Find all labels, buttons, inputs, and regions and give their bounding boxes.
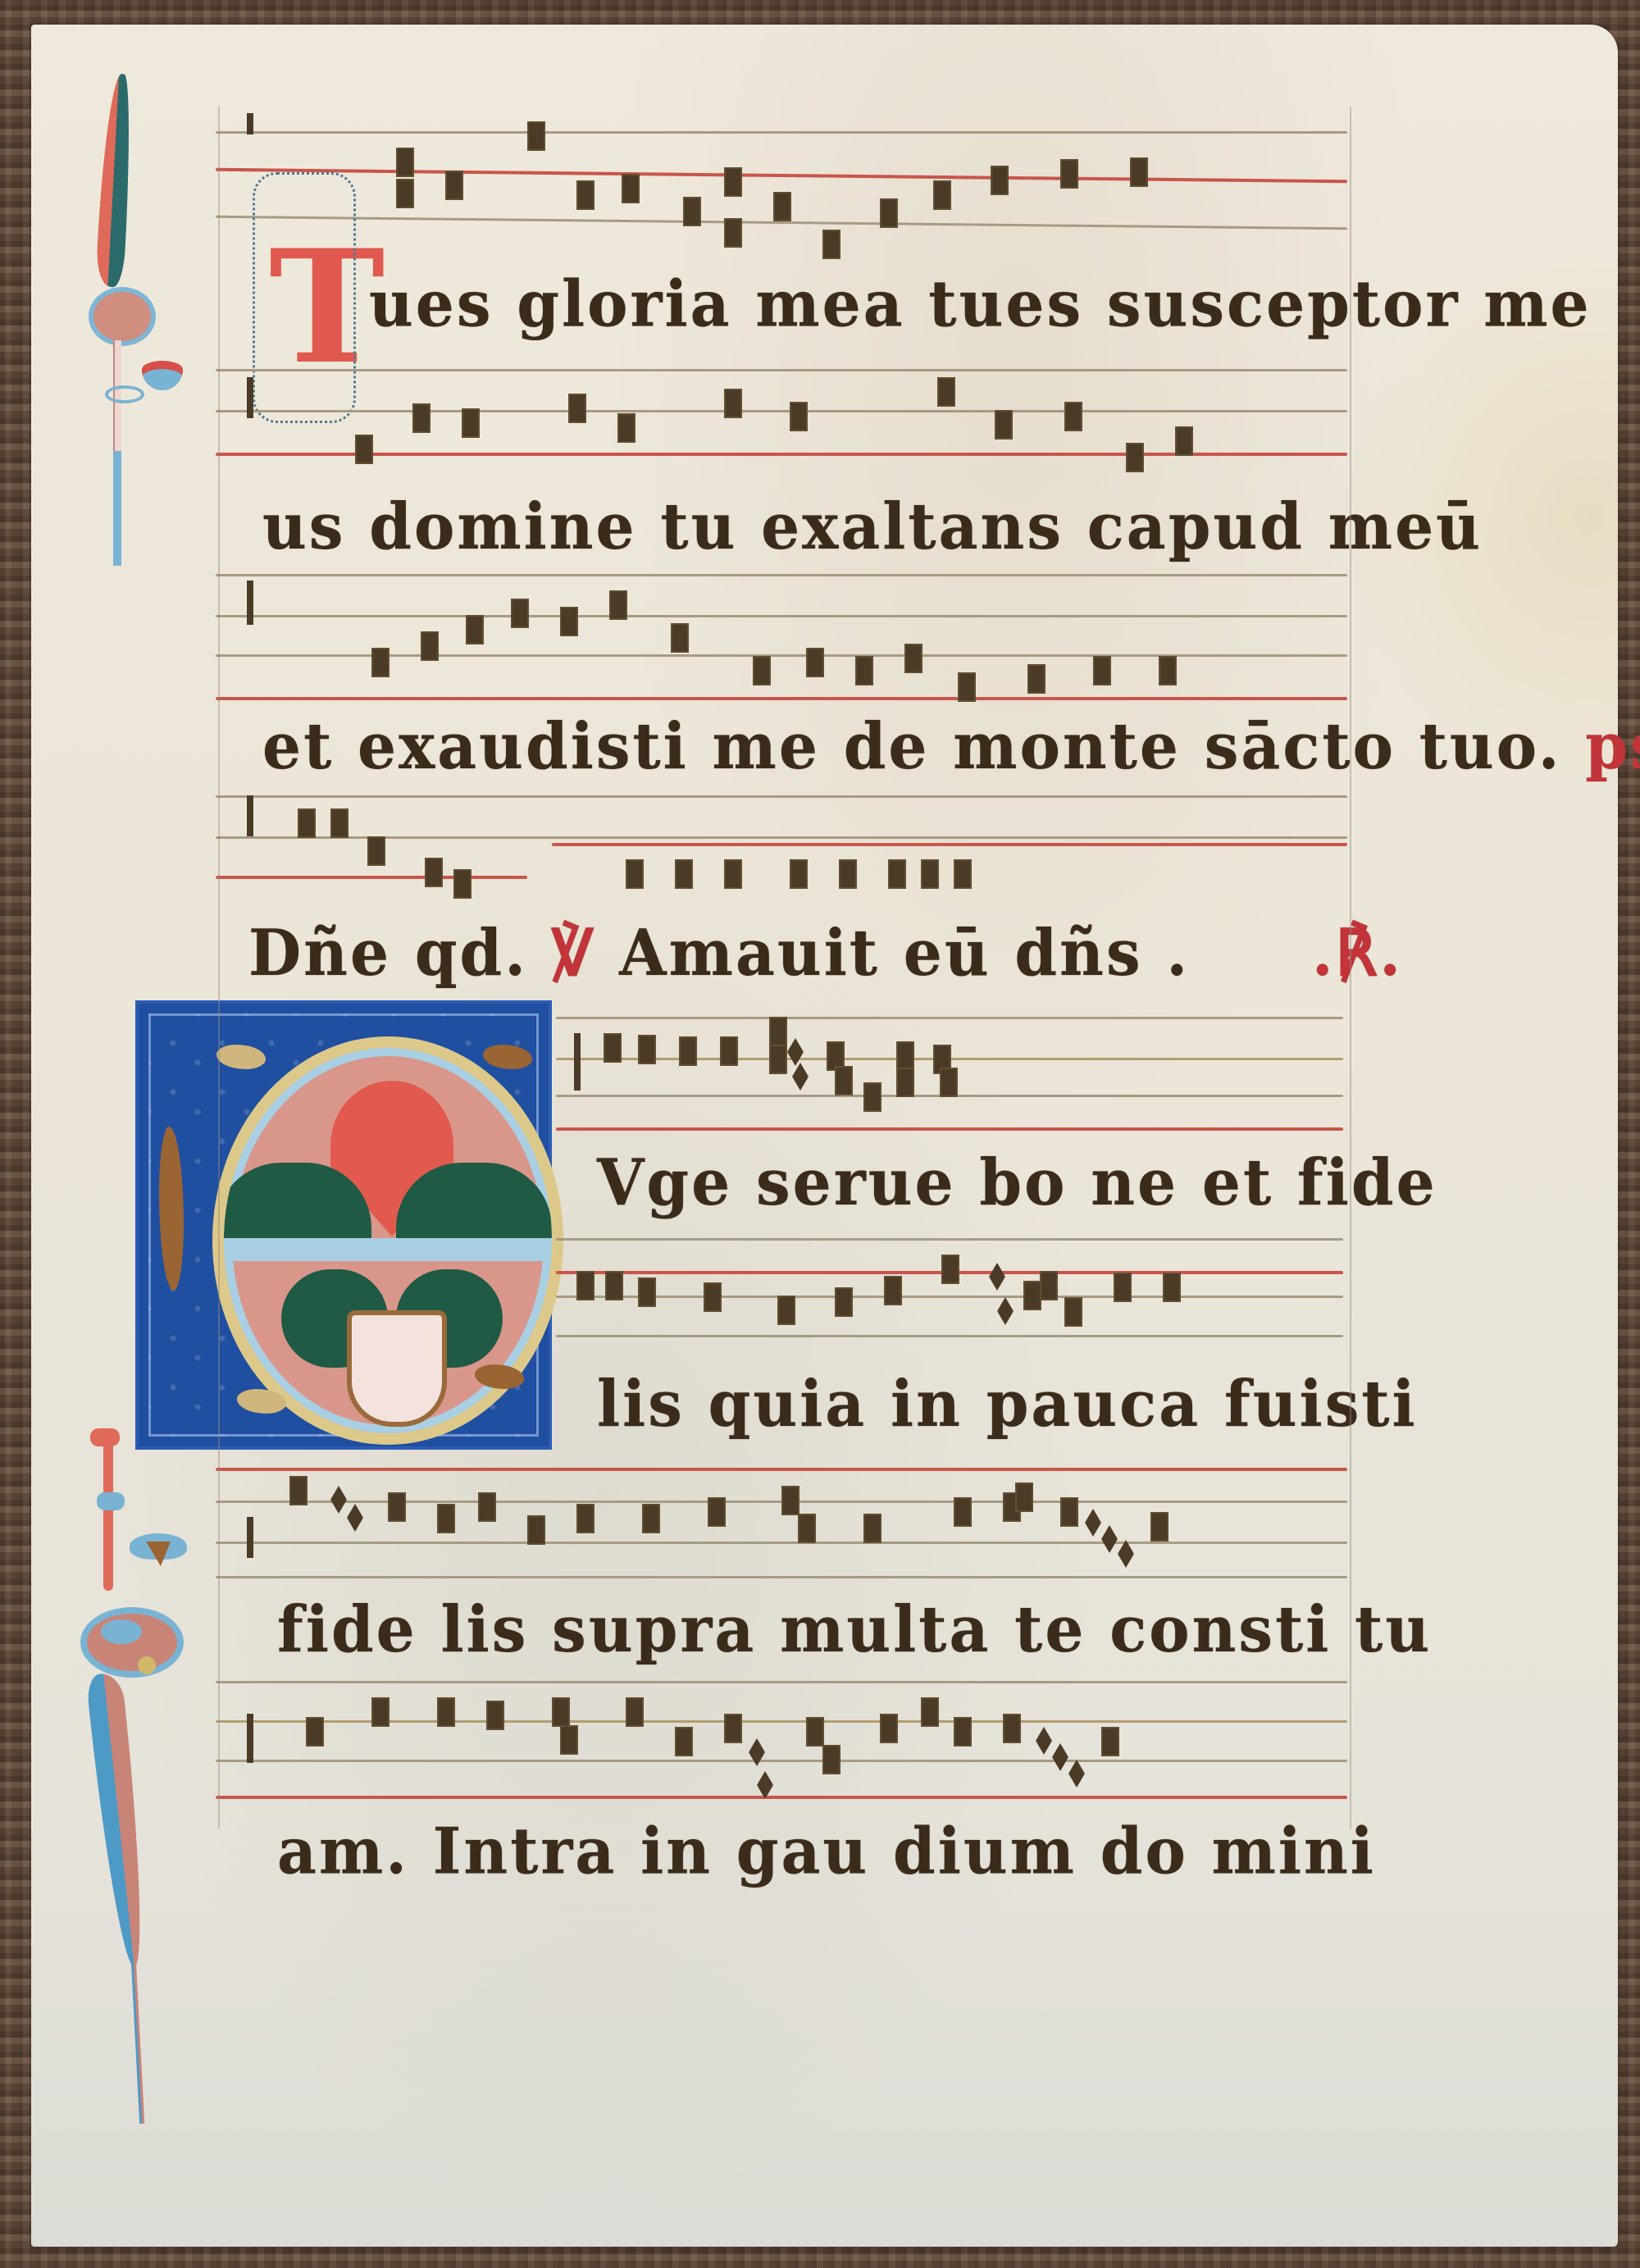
ruling-line-left [218,107,220,1829]
manuscript-leaf: T ues gloria mea tues susceptor me us do… [31,25,1618,2247]
staff-4 [216,779,1347,902]
staff-5 [556,1017,1343,1132]
lyric-line-8: am. Intra in gau dium do mini [277,1815,1376,1888]
rubric-ps: ps. [1585,710,1640,784]
staff-6 [556,1238,1343,1353]
leaf-top-right [483,1045,532,1069]
staff-2 [216,344,1347,476]
lyric-line-1: ues gloria mea tues susceptor me [369,267,1592,341]
lyric-line-3: et exaudisti me de monte sācto tuo. ps. [262,710,1640,784]
crossbar [224,1238,552,1261]
staff-7 [216,1468,1347,1591]
leaf-left [159,1127,184,1291]
leaf-top-left [216,1045,266,1069]
lyric-line-2: us domine tu exaltans capud meū [262,490,1483,564]
ruling-line-right [1350,107,1351,1829]
staff-1 [216,107,1347,246]
staff-8 [216,1681,1347,1804]
rubric-response: .℟. [1312,917,1403,991]
lyric-line-6: lis quia in pauca fuisti [597,1368,1418,1441]
lyric-line-4-punct: . [1166,917,1190,991]
rubric-versicle: ℣ [552,917,596,991]
staff-3 [216,558,1347,689]
illuminated-initial [135,1000,552,1450]
lyric-line-7: fide lis supra multa te consti tu [277,1593,1432,1667]
lyric-line-4-text-b: Amauit eū dñs [619,917,1142,991]
lyric-line-4: Dñe qd. ℣ Amauit eū dñs . .℟. [248,917,1403,991]
lyric-line-3-text: et exaudisti me de monte sācto tuo. [262,710,1562,784]
lyric-line-5: Vge serue bo ne et fide [597,1146,1437,1220]
lyric-line-4-text-a: Dñe qd. [248,917,528,991]
shield-ornament [347,1310,447,1427]
